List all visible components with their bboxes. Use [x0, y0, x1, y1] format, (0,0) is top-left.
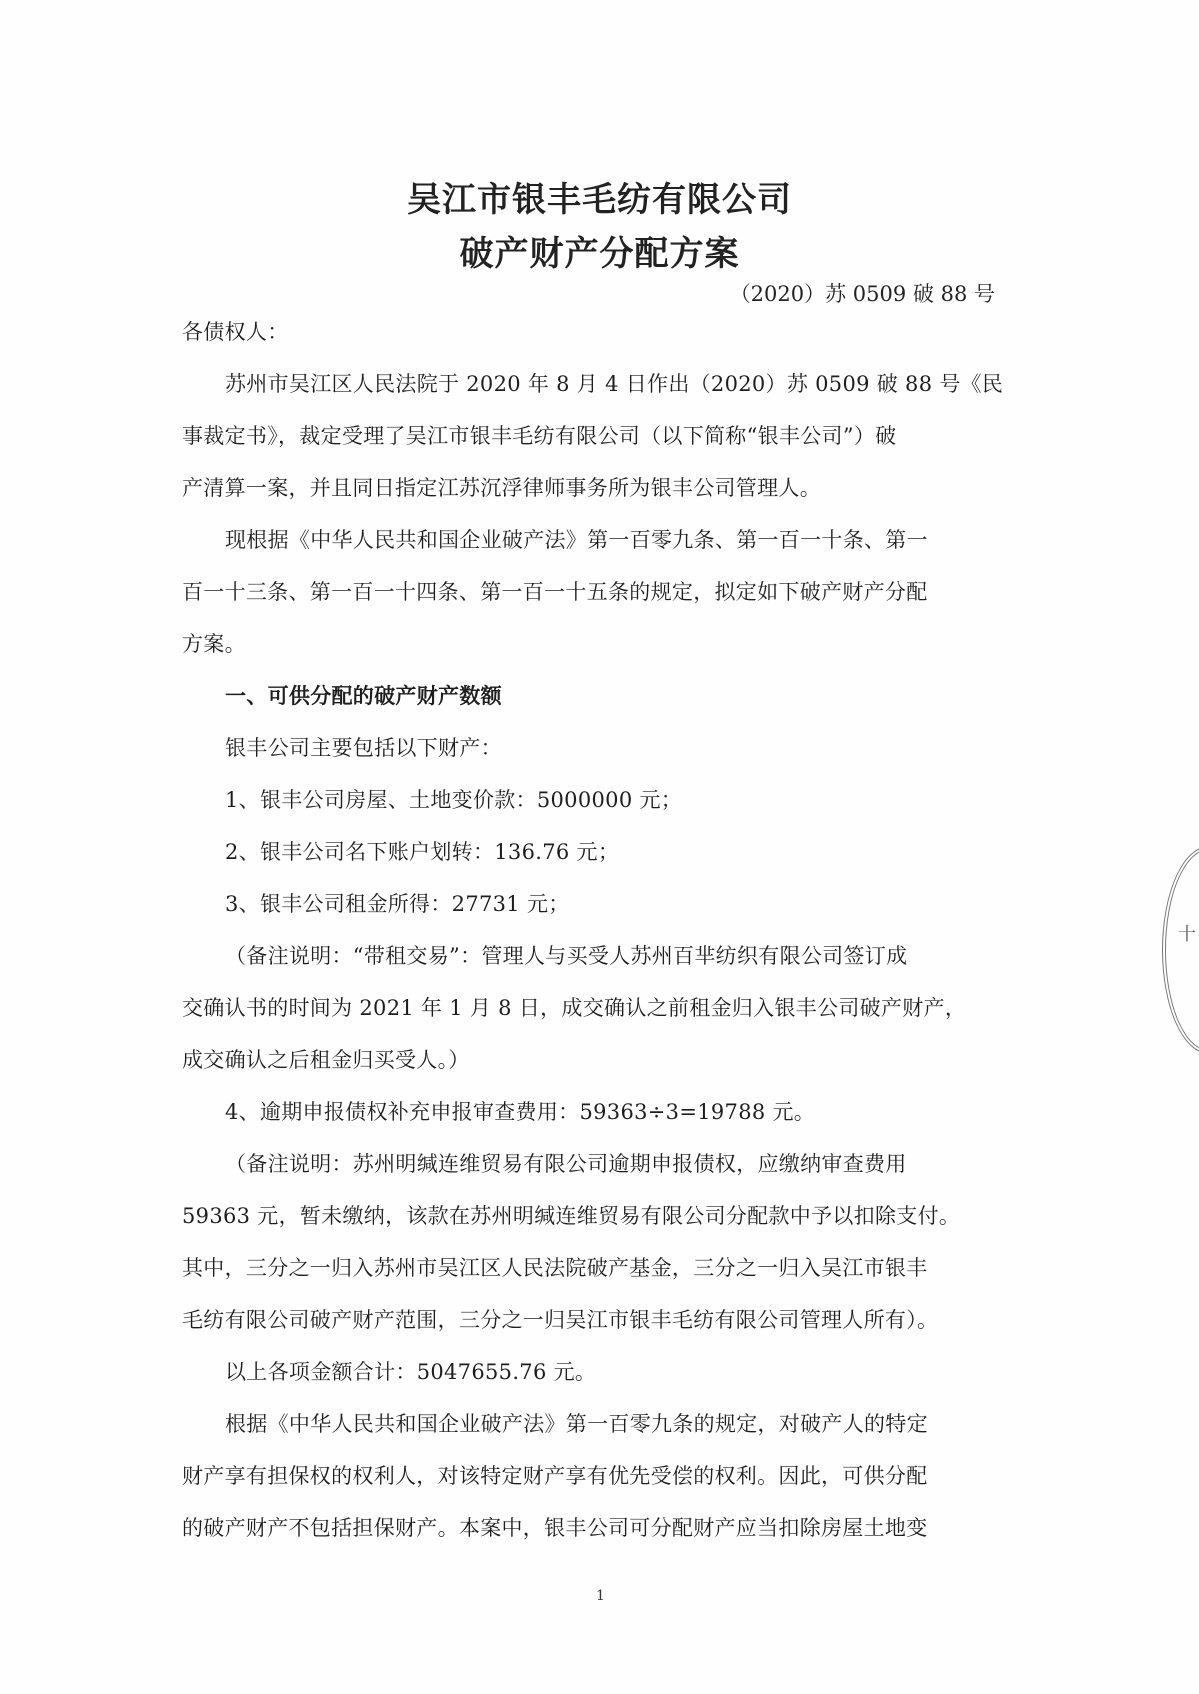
document-subtitle: 破产财产分配方案 — [0, 226, 1199, 275]
note-line: 毛纺有限公司破产财产范围，三分之一归吴江市银丰毛纺有限公司管理人所有）。 — [182, 1304, 938, 1334]
list-item: 2、银丰公司名下账户划转：136.76 元； — [225, 836, 619, 866]
section-heading: 一、可供分配的破产财产数额 — [225, 680, 502, 710]
page-number: 1 — [596, 1588, 605, 1604]
list-item: 1、银丰公司房屋、土地变价款：5000000 元； — [225, 784, 682, 814]
note-line: 59363 元，暂未缴纳，该款在苏州明缄连维贸易有限公司分配款中予以扣除支付。 — [182, 1200, 960, 1230]
document-page: 吴江市银丰毛纺有限公司 破产财产分配方案 （2020）苏 0509 破 88 号… — [0, 0, 1199, 1694]
paragraph-line: 的破产财产不包括担保财产。本案中，银丰公司可分配财产应当扣除房屋土地变 — [182, 1512, 928, 1542]
paragraph-line: 产清算一案，并且同日指定江苏沉浮律师事务所为银丰公司管理人。 — [182, 472, 821, 502]
salutation: 各债权人： — [182, 316, 289, 346]
note-line: 交确认书的时间为 2021 年 1 月 8 日，成交确认之前租金归入银丰公司破产… — [182, 992, 966, 1022]
paragraph-line: 苏州市吴江区人民法院于 2020 年 8 月 4 日作出（2020）苏 0509… — [225, 368, 1003, 398]
note-line: 成交确认之后租金归买受人。） — [182, 1044, 470, 1074]
paragraph-line: 银丰公司主要包括以下财产： — [225, 732, 502, 762]
paragraph-line: 根据《中华人民共和国企业破产法》第一百零九条的规定，对破产人的特定 — [225, 1408, 928, 1438]
case-number: （2020）苏 0509 破 88 号 — [730, 278, 995, 308]
note-line: （备注说明：苏州明缄连维贸易有限公司逾期申报债权，应缴纳审查费用 — [225, 1148, 907, 1178]
total-line: 以上各项金额合计：5047655.76 元。 — [225, 1356, 596, 1386]
paragraph-line: 百一十三条、第一百一十四条、第一百一十五条的规定，拟定如下破产财产分配 — [182, 576, 928, 606]
seal-glyph-icon: 十 — [1178, 920, 1196, 946]
paragraph-line: 现根据《中华人民共和国企业破产法》第一百零九条、第一百一十条、第一 — [225, 524, 928, 554]
paragraph-line: 财产享有担保权的权利人，对该特定财产享有优先受偿的权利。因此，可供分配 — [182, 1460, 928, 1490]
paragraph-line: 方案。 — [182, 628, 246, 658]
document-title: 吴江市银丰毛纺有限公司 — [0, 172, 1199, 221]
note-line: （备注说明：“带租交易”：管理人与买受人苏州百芈纺织有限公司签订成 — [225, 940, 907, 970]
note-line: 其中，三分之一归入苏州市吴江区人民法院破产基金，三分之一归入吴江市银丰 — [182, 1252, 928, 1282]
list-item: 4、逾期申报债权补充申报审查费用：59363÷3=19788 元。 — [225, 1096, 815, 1126]
paragraph-line: 事裁定书》，裁定受理了吴江市银丰毛纺有限公司（以下简称“银丰公司”）破 — [182, 420, 896, 450]
list-item: 3、银丰公司租金所得：27731 元； — [225, 888, 570, 918]
official-seal-icon — [1162, 846, 1199, 1054]
